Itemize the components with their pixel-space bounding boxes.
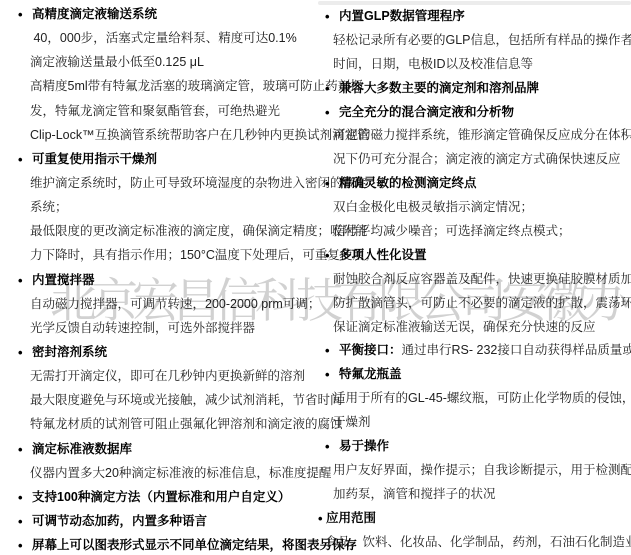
heading-label: 密封溶剂系统 [32,345,107,360]
feature-line-text: 双白金极化电极灵敏指示滴定情况； [333,200,533,215]
feature-line-text: 光学反馈自动转速控制，可选外部搅拌器 [30,321,255,336]
feature-line-text: 系统； [30,200,68,215]
feature-text: 仪器内置多大20种滴定标准液的标准信息，标准度提醒 [18,466,320,490]
feature-text: 耐蚀胶合剂反应容器盖及配件，快速更换硅胶膜材质加样插头 [325,272,631,296]
feature-line-text: 耐蚀胶合剂反应容器盖及配件，快速更换硅胶膜材质加样插头 [333,272,631,287]
feature-heading: •兼容大多数主要的滴定剂和溶剂品牌 [325,81,631,105]
bullet-icon: • [18,273,32,288]
feature-text: 食品、饮料、化妆品、化学制品，药剂，石油石化制造业 [325,535,631,555]
feature-line-text: 干燥剂 [333,415,371,430]
feature-text: 可视的磁力搅拌系统，锥形滴定管确保反应成分在体积较大状 [325,128,631,152]
feature-text: 维护滴定系统时，防止可导致环境湿度的杂物进入密闭的滴定 [18,176,320,200]
feature-text: 发，特氟龙滴定管和聚氨酯管套，可绝热避光 [18,104,320,128]
heading-rest-text: 通过串行RS- 232接口自动获得样品质量或体积 [402,343,631,358]
feature-column-left: •高精度滴定液输送系统 40，000步，活塞式定量给料泵、精度可达0.1%滴定液… [18,0,320,555]
feature-line-text: 发，特氟龙滴定管和聚氨酯管套，可绝热避光 [30,104,280,119]
bullet-icon: • [318,511,326,526]
feature-line-text: 保证滴定标准液输送无误，确保充分快速的反应 [333,320,596,335]
feature-line-text: 滴定液输送量最小低至0.125 μL [30,55,204,70]
feature-heading: •屏幕上可以图表形式显示不同单位滴定结果，将图表另保存 [18,538,320,555]
feature-text: 特氟龙材质的试剂管可阻止强氟化钾溶剂和滴定液的腐蚀 [18,417,320,441]
heading-label: 易于操作 [339,439,389,454]
bullet-icon: • [325,176,339,191]
feature-text: 适用于所有的GL-45-螺纹瓶，可防止化学物质的侵蚀，可移动 [325,391,631,415]
feature-heading: •密封溶剂系统 [18,345,320,369]
feature-line-text: 可视的磁力搅拌系统，锥形滴定管确保反应成分在体积较大状 [333,128,631,143]
bullet-icon: • [325,367,339,382]
feature-line-text: 维护滴定系统时，防止可导致环境湿度的杂物进入密闭的滴定 [30,176,368,191]
feature-text: 双白金极化电极灵敏指示滴定情况； [325,200,631,224]
heading-label: 精确灵敏的检测滴定终点 [339,176,477,191]
feature-line-text: 轻松记录所有必要的GLP信息，包括所有样品的操作者姓名， [333,33,631,48]
feature-text: 最低限度的更改滴定标准液的滴定度，确保滴定精度；吸附能 [18,224,320,248]
feature-heading: •完全充分的混合滴定液和分析物 [325,105,631,129]
bullet-icon: • [18,7,32,22]
feature-text: 力下降时，具有指示作用；150°C温度下处理后，可重复使用； [18,248,320,272]
feature-text: 信号平均减少噪音；可选择滴定终点模式； [325,224,631,248]
bullet-icon: • [325,439,339,454]
feature-line-text: Clip-Lock™互换滴管系统帮助客户在几秒钟内更换试剂滴定管 [30,128,370,143]
feature-line-text: 仪器内置多大20种滴定标准液的标准信息，标准度提醒 [30,466,331,481]
bullet-icon: • [18,345,32,360]
feature-text: 干燥剂 [325,415,631,439]
feature-heading: •支持100种滴定方法（内置标准和用户自定义） [18,490,320,514]
feature-heading: •内置搅拌器 [18,273,320,297]
bullet-icon: • [325,81,339,96]
heading-label: 屏幕上可以图表形式显示不同单位滴定结果，将图表另保存 [32,538,357,553]
feature-text: Clip-Lock™互换滴管系统帮助客户在几秒钟内更换试剂滴定管 [18,128,320,152]
feature-text: 光学反馈自动转速控制，可选外部搅拌器 [18,321,320,345]
feature-line-text: 最大限度避免与环境或光接触，减少试剂消耗，节省时间 [30,393,343,408]
feature-text: 保证滴定标准液输送无误，确保充分快速的反应 [325,320,631,344]
feature-heading: •精确灵敏的检测滴定终点 [325,176,631,200]
feature-line-text: 加药泵，滴管和搅拌子的状况 [333,487,496,502]
feature-line-text: 信号平均减少噪音；可选择滴定终点模式； [333,224,571,239]
feature-heading: •滴定标准液数据库 [18,442,320,466]
feature-line-text: 适用于所有的GL-45-螺纹瓶，可防止化学物质的侵蚀，可移动 [333,391,631,406]
heading-label: 内置GLP数据管理程序 [339,9,465,24]
feature-text: 加药泵，滴管和搅拌子的状况 [325,487,631,511]
feature-heading: •可调节动态加药，内置多种语言 [18,514,320,538]
feature-heading: •应用范围 [318,511,631,535]
bullet-icon: • [18,490,32,505]
bullet-icon: • [18,442,32,457]
feature-heading: •平衡接口：通过串行RS- 232接口自动获得样品质量或体积 [325,343,631,367]
heading-label: 内置搅拌器 [32,273,95,288]
bullet-icon: • [325,248,339,263]
bullet-icon: • [18,538,32,553]
feature-line-text: 防扩散滴管头，可防止不必要的滴定液的扩散，震荡环境下可 [333,296,631,311]
feature-heading: •可重复使用指示干燥剂 [18,152,320,176]
feature-heading: •特氟龙瓶盖 [325,367,631,391]
feature-line-text: 最低限度的更改滴定标准液的滴定度，确保滴定精度；吸附能 [30,224,368,239]
heading-label: 滴定标准液数据库 [32,442,132,457]
bullet-icon: • [18,152,32,167]
bullet-icon: • [325,105,339,120]
feature-text: 系统； [18,200,320,224]
feature-text: 最大限度避免与环境或光接触，减少试剂消耗，节省时间 [18,393,320,417]
heading-label: 可重复使用指示干燥剂 [32,152,157,167]
feature-text: 用户友好界面，操作提示；自我诊断提示，用于检测配件包括 [325,463,631,487]
bullet-icon: • [325,9,339,24]
feature-line-text: 时间，日期，电极ID以及校准信息等 [333,57,533,72]
feature-heading: •内置GLP数据管理程序 [325,9,631,33]
feature-heading: •多项人性化设置 [325,248,631,272]
feature-line-text: 40，000步，活塞式定量给料泵、精度可达0.1% [30,31,297,46]
heading-label: 可调节动态加药，内置多种语言 [32,514,207,529]
feature-text: 高精度5ml带有特氟龙活塞的玻璃滴定管，玻璃可防止药剂挥 [18,79,320,103]
feature-line-text: 食品、饮料、化妆品、化学制品，药剂，石油石化制造业 [325,535,631,550]
feature-line-text: 况下仍可充分混合；滴定液的滴定方式确保快速反应 [333,152,621,167]
feature-text: 轻松记录所有必要的GLP信息，包括所有样品的操作者姓名， [325,33,631,57]
feature-heading: •易于操作 [325,439,631,463]
bullet-icon: • [325,343,339,358]
feature-text: 防扩散滴管头，可防止不必要的滴定液的扩散，震荡环境下可 [325,296,631,320]
bullet-icon: • [18,514,32,529]
feature-line-text: 用户友好界面，操作提示；自我诊断提示，用于检测配件包括 [333,463,631,478]
heading-label: 高精度滴定液输送系统 [32,7,157,22]
feature-text: 滴定液输送量最小低至0.125 μL [18,55,320,79]
heading-label: 多项人性化设置 [339,248,427,263]
heading-label: 完全充分的混合滴定液和分析物 [339,105,514,120]
heading-label: 支持100种滴定方法（内置标准和用户自定义） [32,490,290,505]
feature-text: 自动磁力搅拌器，可调节转速，200-2000 prm可调； [18,297,320,321]
feature-text: 40，000步，活塞式定量给料泵、精度可达0.1% [18,31,320,55]
feature-line-text: 自动磁力搅拌器，可调节转速，200-2000 prm可调； [30,297,320,312]
feature-line-text: 特氟龙材质的试剂管可阻止强氟化钾溶剂和滴定液的腐蚀 [30,417,343,432]
heading-label: 特氟龙瓶盖 [339,367,402,382]
feature-text: 时间，日期，电极ID以及校准信息等 [325,57,631,81]
heading-label: 兼容大多数主要的滴定剂和溶剂品牌 [339,81,539,96]
page: { "bullet_glyph": "•", "watermark": { "t… [0,0,631,555]
feature-column-right: •内置GLP数据管理程序轻松记录所有必要的GLP信息，包括所有样品的操作者姓名，… [325,0,631,555]
feature-heading: •高精度滴定液输送系统 [18,7,320,31]
feature-line-text: 高精度5ml带有特氟龙活塞的玻璃滴定管，玻璃可防止药剂挥 [30,79,363,94]
feature-text: 况下仍可充分混合；滴定液的滴定方式确保快速反应 [325,152,631,176]
feature-line-text: 无需打开滴定仪，即可在几秒钟内更换新鲜的溶剂 [30,369,305,384]
heading-label: 应用范围 [326,511,376,526]
feature-text: 无需打开滴定仪，即可在几秒钟内更换新鲜的溶剂 [18,369,320,393]
heading-label: 平衡接口： [339,343,402,358]
